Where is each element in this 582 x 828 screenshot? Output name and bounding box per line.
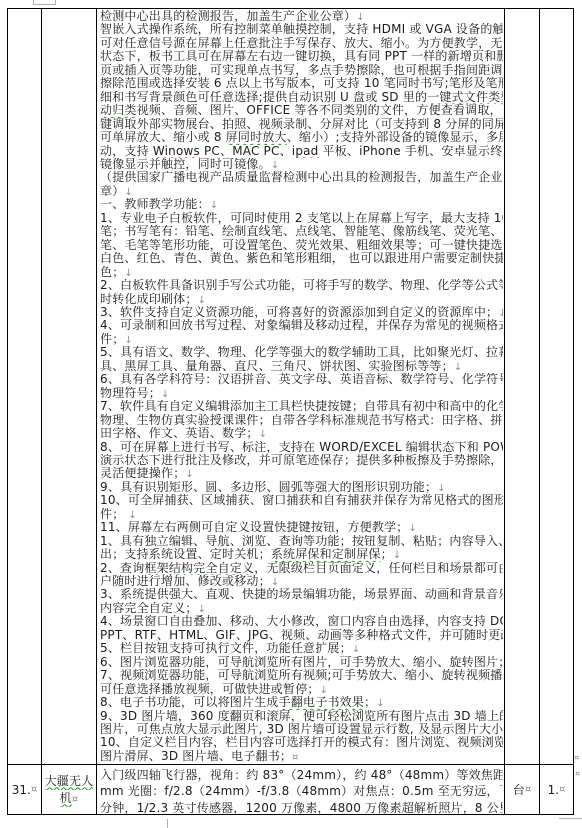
spellcheck-red-underline: Winows bbox=[153, 145, 200, 158]
text-line: 机¤ bbox=[60, 790, 79, 807]
text-line: 白色、红色、青色、黄色、紫色和笔形粗细， 也可以跟进用户需要定制快捷颜 bbox=[100, 252, 503, 265]
text-line: 户随时进行增加、修改或移动；↓ bbox=[100, 575, 503, 588]
text-line: 物理符号；↓ bbox=[100, 387, 503, 400]
text-line: 笔、毛笔等笔形功能，可设置笔色、荧光效果、粗细效果等；可一键快捷选取 bbox=[100, 239, 503, 252]
text-line: 2、白板软件具备识别手写公式功能，可将手写的数学、物理、化学等公式等即 bbox=[100, 279, 503, 292]
text-line: 内容完全自定义；↓ bbox=[100, 602, 503, 615]
spellcheck-green-underline: 手翻电子书效果 bbox=[279, 696, 364, 709]
text-line: 11、屏幕左右两侧可自定义设置快捷键按钮，方便教学；↓ bbox=[100, 521, 503, 534]
formatting-mark: ↓ bbox=[271, 577, 280, 588]
formatting-mark: ↓ bbox=[408, 523, 417, 534]
text-line: 8、可在屏幕上进行书写、标注，支持在 WORD/EXCEL 编辑状态下和 POW… bbox=[100, 441, 503, 454]
formatting-mark: ¤ bbox=[292, 752, 299, 763]
text-line: 检测中心出具的检测报告，加盖生产企业公章）↓ bbox=[100, 10, 503, 23]
name-cell-empty[interactable] bbox=[42, 9, 97, 765]
text-line: 页或插入页等功能，可实现单点书写，多点手势擦除，也可根据手指间距调整 bbox=[100, 64, 503, 77]
spellcheck-red-underline: ipad bbox=[292, 145, 319, 158]
formatting-mark: ↓ bbox=[393, 550, 402, 561]
text-line: 出；支持系统设置、定时关机；系统屏保和定制屏保；↓ bbox=[100, 548, 503, 561]
spellcheck-green-underline: 系统屏保和定制屏保 bbox=[271, 548, 381, 561]
text-line: 10、自定义栏目内容，栏目内容可选择打开的模式有：图片浏览、视频浏览、 bbox=[100, 736, 503, 749]
formatting-mark: ↓ bbox=[161, 389, 170, 400]
text-line: 入门级四轴飞行器，视角：约 83°（24mm），约 48°（48mm）等效焦距：… bbox=[100, 767, 503, 783]
text-line: 9、3D 图片墙，360 度翻页和滚屏，便可轻松浏览所有图片点击 3D 墙上的任… bbox=[100, 710, 503, 723]
row-end-mark-upper: ¤ bbox=[574, 754, 579, 762]
text-line: 动，支持 Winows PC、MAC PC、ipad 平板、iPhone 手机、… bbox=[100, 145, 503, 158]
spellcheck-green-underline: 一键式文件类型自 bbox=[427, 91, 503, 104]
text-line: 智嵌入式操作系统，所有控制菜单触摸控制，支持 HDMI 或 VGA 设备的触摸操… bbox=[100, 23, 503, 36]
spellcheck-green-underline: 大疆无人 bbox=[45, 774, 94, 788]
text-line: 6、图片浏览器功能，可导航浏览所有图片，可手势放大、缩小、旋转图片；↓ bbox=[100, 656, 503, 669]
text-line: 1、具有独立编辑、导航、浏览、查询等功能；按钮复制、粘贴；内容导入、导 bbox=[100, 535, 503, 548]
text-line: 件；↓ bbox=[100, 333, 503, 346]
spec-table: 检测中心出具的检测报告，加盖生产企业公章）↓智嵌入式操作系统，所有控制菜单触摸控… bbox=[7, 8, 574, 815]
formatting-mark: ¤ bbox=[31, 784, 37, 795]
text-line: 9、具有识别矩形、圆、多边形、圆弧等强大的图形识别功能；↓ bbox=[100, 481, 503, 494]
index-cell-empty[interactable] bbox=[8, 9, 42, 765]
formatting-mark: ↓ bbox=[320, 685, 329, 696]
formatting-mark: ↓ bbox=[128, 510, 137, 521]
text-line: 5、具有语文、数学、物理、化学等强大的数学辅助工具，比如聚光灯、拉幕工 bbox=[100, 346, 503, 359]
formatting-mark: ↓ bbox=[124, 268, 133, 279]
spellcheck-red-underline: 万像素 bbox=[281, 801, 318, 814]
text-line: 图片滑屏、3D 图片墙、电子翻书；¤ bbox=[100, 750, 503, 763]
text-line: 状态下，板书工具可在屏幕左右边一键切换，具有同 PPT 一样的新增页和删除 bbox=[100, 50, 503, 63]
text-line: 7、软件具有自定义编辑添加主工具栏快捷按键；自带具有初中和高中的化学、 bbox=[100, 400, 503, 413]
text-line: 章）↓ bbox=[100, 185, 503, 198]
formatting-mark: ↓ bbox=[185, 469, 194, 480]
document-page: 检测中心出具的检测报告，加盖生产企业公章）↓智嵌入式操作系统，所有控制菜单触摸控… bbox=[0, 0, 582, 828]
text-line: 4、可录制和回放书写过程、对象编辑及移动过程，并保存为常见的视频格式文 bbox=[100, 319, 503, 332]
text-line: 7、视频浏览器功能，可导航浏览所有视频;可手势放大、缩小、旋转视频播放； bbox=[100, 669, 503, 682]
formatting-mark: ↓ bbox=[437, 483, 446, 494]
text-line: 镜像显示并触控，同时可镜像。↓ bbox=[100, 158, 503, 171]
formatting-mark: ↓ bbox=[454, 362, 463, 373]
item-qty-cell[interactable]: 1.¤ bbox=[540, 765, 573, 814]
text-line: 键调取外部实物展台、拍照、视频录制、分屏对比（可支持到 8 分屏的同屏对比， bbox=[100, 118, 503, 131]
spellcheck-green-underline: 屏同时放大 bbox=[226, 131, 287, 144]
text-line: 1、专业电子白板软件，可同时使用 2 支笔以上在屏幕上写字，最大支持 10 只 bbox=[100, 212, 503, 225]
text-line: 可单屏放大、缩小或 8 屏同时放大、缩小）;支持外部设备的镜像显示，多屏互 bbox=[100, 131, 503, 144]
text-line: 2、查询框架结构完全自定义，无限级栏目页面定义，任何栏目和场景都可由用 bbox=[100, 562, 503, 575]
formatting-mark: ¤ bbox=[559, 784, 565, 795]
text-line: 具、黑屏工具、量角器、直尺、三角尺、饼状图、实验图标等等；↓ bbox=[100, 360, 503, 373]
item-unit-cell[interactable]: 台¤ bbox=[505, 765, 540, 814]
formatting-mark: ↓ bbox=[124, 335, 133, 346]
formatting-mark: ¤ bbox=[72, 794, 79, 805]
text-line: 笔；书写笔有：铅笔、绘制直线笔、点线笔、智能笔、像筋线笔、荧光笔、软 bbox=[100, 225, 503, 238]
text-line: 8、电子书功能，可以将图片生成手翻电子书效果；↓ bbox=[100, 696, 503, 709]
text-line: 分钟，1/2.3 英寸传感器，1200 万像素，4800 万像素超解析照片，8 … bbox=[100, 800, 503, 814]
text-line: 动归类视频、音频、图片、OFFICE 等各不同类别的文件，方便查看调取，可一 bbox=[100, 104, 503, 117]
page-boundary-marker-bottom-right bbox=[559, 818, 582, 819]
text-line: 10、可全屏捕获、区域捕获、窗口捕获和自有捕获并保存为常见格式的图形文 bbox=[100, 494, 503, 507]
text-line: 4、场景窗口自由叠加、移动、大小修改，窗口内容自由选择，内容支持 DOC、 bbox=[100, 615, 503, 628]
formatting-mark: ↓ bbox=[352, 644, 361, 655]
text-line: 3、系统提供强大、直观、快捷的场景编辑功能，场景界面、动画和背景音乐、 bbox=[100, 588, 503, 601]
formatting-mark: ↓ bbox=[271, 160, 280, 171]
text-line: 一、教师教学功能：↓ bbox=[100, 198, 503, 211]
spellcheck-green-underline: 框架结构完全自定义 bbox=[144, 562, 254, 575]
text-line: 时转化成印刷体；↓ bbox=[100, 293, 503, 306]
text-line: 可对任意信号源在屏幕上任意批注手写保存、放大、缩小。为方便教学，无 PC bbox=[100, 37, 503, 50]
unit-cell-empty[interactable] bbox=[505, 9, 540, 765]
formatting-mark: ↓ bbox=[259, 429, 268, 440]
qty-cell-empty[interactable] bbox=[540, 9, 573, 765]
text-line: 可任意选择播放视频，可做快进或暂停；↓ bbox=[100, 683, 503, 696]
text-line: mm 光圈：f/2.8（24mm）-f/3.8（48mm）对焦点：0.5m 至无… bbox=[100, 783, 503, 799]
text-line: 田字格、作文、英语、数学；↓ bbox=[100, 427, 503, 440]
text-line: 件； ↓ bbox=[100, 508, 503, 521]
text-line: 灵活便捷操作；↓ bbox=[100, 467, 503, 480]
page-boundary-marker-top bbox=[33, 0, 56, 5]
formatting-mark: ↓ bbox=[356, 12, 365, 23]
text-line: 物理、生物仿真实验授课课件；自带各学科标准规范书写格式：田字格、拼音 bbox=[100, 414, 503, 427]
text-line: 演示状态下进行批注及修改，并可原笔迹保存；提供多种板擦及手势擦除，更 bbox=[100, 454, 503, 467]
formatting-mark: ¤ bbox=[525, 784, 531, 795]
spellcheck-green-underline: 支笔以上 bbox=[307, 212, 356, 225]
page-boundary-marker-bottom-left bbox=[167, 819, 168, 828]
item-index-cell[interactable]: 31.¤ bbox=[8, 765, 42, 814]
text-line: 擦除范围或选择安装 6 点以上书写版本，可支持 10 笔同时书写;笔形及笔形粗 bbox=[100, 77, 503, 90]
formatting-mark: ↓ bbox=[124, 187, 133, 198]
text-line: 色；↓ bbox=[100, 266, 503, 279]
formatting-mark: ↓ bbox=[498, 308, 503, 319]
item-desc-cell[interactable]: 入门级四轴飞行器，视角：约 83°（24mm），约 48°（48mm）等效焦距：… bbox=[97, 765, 505, 814]
spellcheck-green-underline: 动归类 bbox=[100, 104, 137, 117]
text-line: PPT、RTF、HTML、GIF、JPG、视频、动画等多种格式文件，并可随时更改… bbox=[100, 629, 503, 642]
spec-text-cell[interactable]: 检测中心出具的检测报告，加盖生产企业公章）↓智嵌入式操作系统，所有控制菜单触摸控… bbox=[97, 9, 505, 765]
text-line: 5、栏目按钮支持可执行文件，功能任意扩展；↓ bbox=[100, 642, 503, 655]
text-line: 细和书写背景颜色可任意选择;提供自动识别 U 盘或 SD 里的一键式文件类型自 bbox=[100, 91, 503, 104]
formatting-mark: ↓ bbox=[198, 295, 207, 306]
formatting-mark: ↓ bbox=[210, 200, 219, 211]
formatting-mark: ↓ bbox=[198, 604, 207, 615]
text-line: 图片，可焦点放大显示此图片, 3D 图片墙可设置显示行数, 及显示图片大小； bbox=[100, 723, 503, 736]
row-end-mark-lower: ¤ bbox=[575, 770, 580, 778]
text-line: 6、具有各学科符号：汉语拼音、英文字母、英语音标、数学符号、化学符号、 bbox=[100, 373, 503, 386]
text-line: 3、软件支持自定义资源功能，可将喜好的资源添加到自定义的资源库中；↓ bbox=[100, 306, 503, 319]
spellcheck-red-underline: 万像素 bbox=[365, 801, 402, 814]
text-line: （提供国家广播电视产品质量监督检测中心出具的检测报告，加盖生产企业公 bbox=[100, 171, 503, 184]
formatting-mark: ↓ bbox=[376, 698, 385, 709]
spellcheck-green-underline: 显示并触控 bbox=[124, 158, 185, 171]
spellcheck-green-underline: 机 bbox=[60, 791, 72, 805]
text-line: 大疆无人 bbox=[45, 773, 94, 790]
item-name-cell[interactable]: 大疆无人机¤ bbox=[42, 765, 97, 814]
